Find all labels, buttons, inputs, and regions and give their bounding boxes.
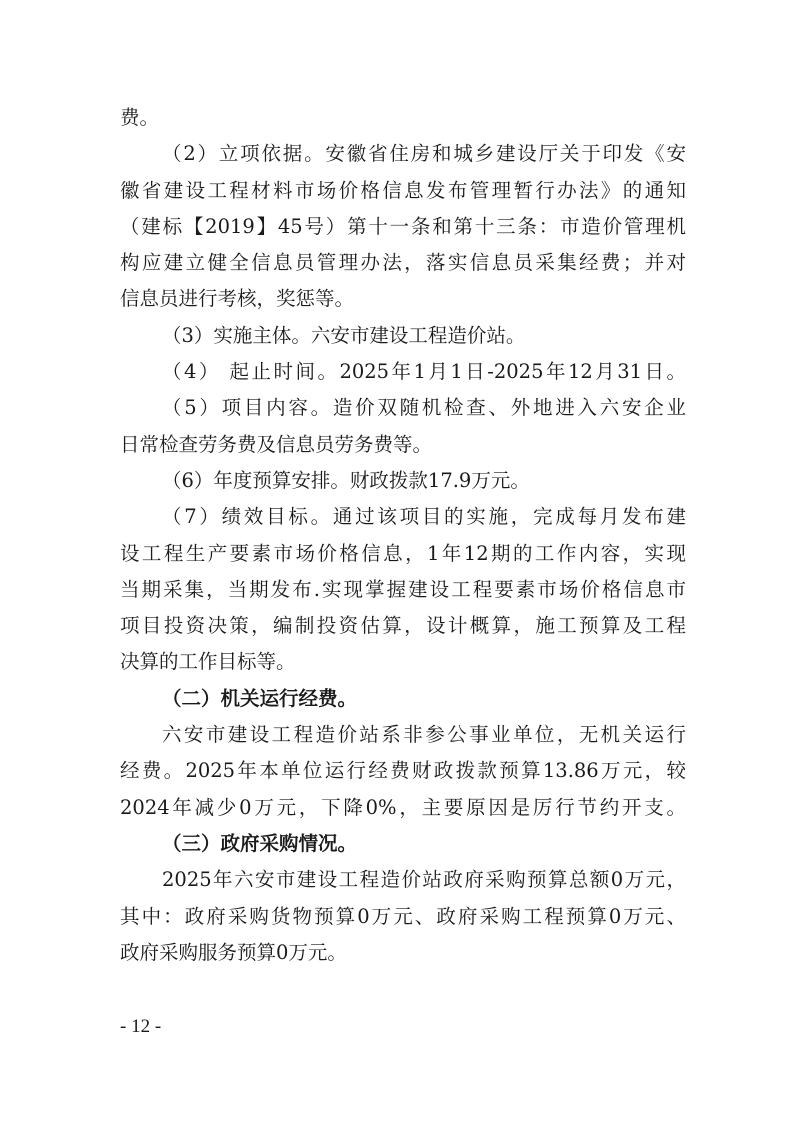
paragraph-start: 2025年六安市建设工程造价站政府采购预算总额0万元， (120, 862, 686, 898)
list-item-implementer: （3）实施主体。六安市建设工程造价站。 (120, 318, 686, 354)
list-item-content: （5）项目内容。造价双随机检查、外地进入六安企业 (120, 390, 686, 426)
text-line: 信息员进行考核，奖惩等。 (120, 281, 686, 317)
text-line: 当期采集，当期发布.实现掌握建设工程要素市场价格信息市 (120, 572, 686, 608)
text-line: 经费。2025年本单位运行经费财政拨款预算13.86万元，较 (120, 753, 686, 789)
text-line: 项目投资决策，编制投资估算，设计概算，施工预算及工程 (120, 608, 686, 644)
text-line: 徽省建设工程材料市场价格信息发布管理暂行办法》的通知 (120, 173, 686, 209)
list-item-basis: （2）立项依据。安徽省住房和城乡建设厅关于印发《安 (120, 136, 686, 172)
list-item-goals: （7）绩效目标。通过该项目的实施，完成每月发布建 (120, 499, 686, 535)
text-line: 2024年减少0万元，下降0%，主要原因是厉行节约开支。 (120, 790, 686, 826)
text-line: 政府采购服务预算0万元。 (120, 935, 686, 971)
page-number: - 12 - (120, 1016, 161, 1038)
paragraph-start: 六安市建设工程造价站系非参公事业单位，无机关运行 (120, 717, 686, 753)
text-line: 日常检查劳务费及信息员劳务费等。 (120, 427, 686, 463)
list-item-period: （4） 起止时间。2025年1月1日-2025年12月31日。 (120, 354, 686, 390)
list-item-budget: （6）年度预算安排。财政拨款17.9万元。 (120, 463, 686, 499)
text-line: （建标【2019】45号）第十一条和第十三条：市造价管理机 (120, 209, 686, 245)
text-line: 设工程生产要素市场价格信息，1年12期的工作内容，实现 (120, 536, 686, 572)
text-line: 其中：政府采购货物预算0万元、政府采购工程预算0万元、 (120, 899, 686, 935)
section-heading-procurement: （三）政府采购情况。 (120, 826, 686, 862)
section-heading-operating-costs: （二）机关运行经费。 (120, 681, 686, 717)
text-line: 构应建立健全信息员管理办法，落实信息员采集经费；并对 (120, 245, 686, 281)
document-page: 费。 （2）立项依据。安徽省住房和城乡建设厅关于印发《安 徽省建设工程材料市场价… (120, 100, 686, 971)
text-line: 费。 (120, 100, 686, 136)
text-line: 决算的工作目标等。 (120, 644, 686, 680)
